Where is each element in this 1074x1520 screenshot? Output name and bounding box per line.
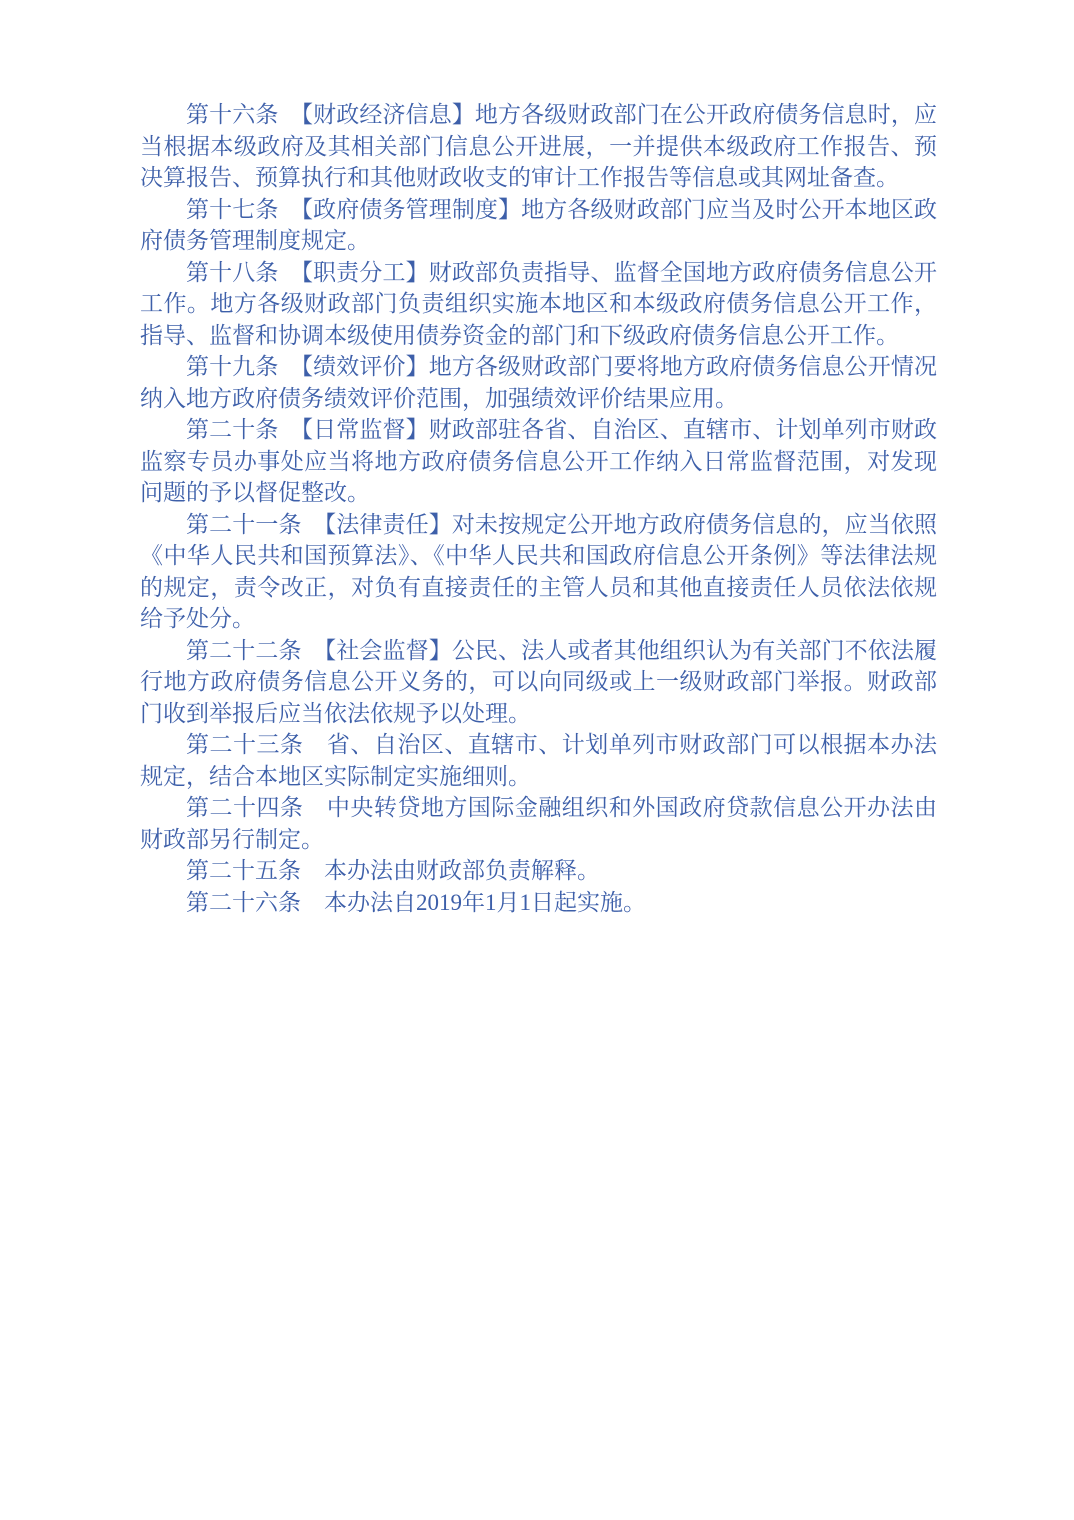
article-number: 第二十四条	[186, 795, 327, 820]
article-heading: 【日常监督】	[302, 417, 429, 442]
article-paragraph: 第十六条 【财政经济信息】地方各级财政部门在公开政府债务信息时，应当根据本级政府…	[140, 99, 937, 194]
article-body: 本办法自2019年1月1日起实施。	[324, 890, 646, 915]
article-heading: 【财政经济信息】	[302, 102, 475, 127]
article-paragraph: 第十八条 【职责分工】财政部负责指导、监督全国地方政府债务信息公开工作。地方各级…	[140, 257, 937, 352]
document-page: 第十六条 【财政经济信息】地方各级财政部门在公开政府债务信息时，应当根据本级政府…	[0, 0, 1074, 1520]
article-paragraph: 第二十一条 【法律责任】对未按规定公开地方政府债务信息的，应当依照《中华人民共和…	[140, 509, 937, 635]
document-body: 第十六条 【财政经济信息】地方各级财政部门在公开政府债务信息时，应当根据本级政府…	[140, 99, 937, 918]
article-heading: 【绩效评价】	[302, 354, 429, 379]
article-paragraph: 第十九条 【绩效评价】地方各级财政部门要将地方政府债务信息公开情况纳入地方政府债…	[140, 351, 937, 414]
article-paragraph: 第二十二条 【社会监督】公民、法人或者其他组织认为有关部门不依法履行地方政府债务…	[140, 635, 937, 730]
article-paragraph: 第二十三条 省、自治区、直辖市、计划单列市财政部门可以根据本办法规定，结合本地区…	[140, 729, 937, 792]
article-heading: 【法律责任】	[325, 512, 452, 537]
article-number: 第十九条	[186, 354, 302, 379]
article-body: 本办法由财政部负责解释。	[324, 858, 600, 883]
article-number: 第十七条	[186, 197, 302, 222]
article-paragraph: 第二十六条 本办法自2019年1月1日起实施。	[140, 887, 937, 919]
article-number: 第二十一条	[186, 512, 325, 537]
article-heading: 【社会监督】	[325, 638, 452, 663]
article-paragraph: 第二十条 【日常监督】财政部驻各省、自治区、直辖市、计划单列市财政监察专员办事处…	[140, 414, 937, 509]
article-number: 第十八条	[186, 260, 302, 285]
article-paragraph: 第二十五条 本办法由财政部负责解释。	[140, 855, 937, 887]
article-paragraph: 第十七条 【政府债务管理制度】地方各级财政部门应当及时公开本地区政府债务管理制度…	[140, 194, 937, 257]
article-number: 第二十六条	[186, 890, 324, 915]
article-number: 第二十五条	[186, 858, 324, 883]
article-paragraph: 第二十四条 中央转贷地方国际金融组织和外国政府贷款信息公开办法由财政部另行制定。	[140, 792, 937, 855]
article-number: 第十六条	[186, 102, 302, 127]
article-number: 第二十三条	[186, 732, 327, 757]
article-number: 第二十二条	[186, 638, 325, 663]
article-heading: 【政府债务管理制度】	[302, 197, 522, 222]
article-number: 第二十条	[186, 417, 302, 442]
article-heading: 【职责分工】	[302, 260, 429, 285]
